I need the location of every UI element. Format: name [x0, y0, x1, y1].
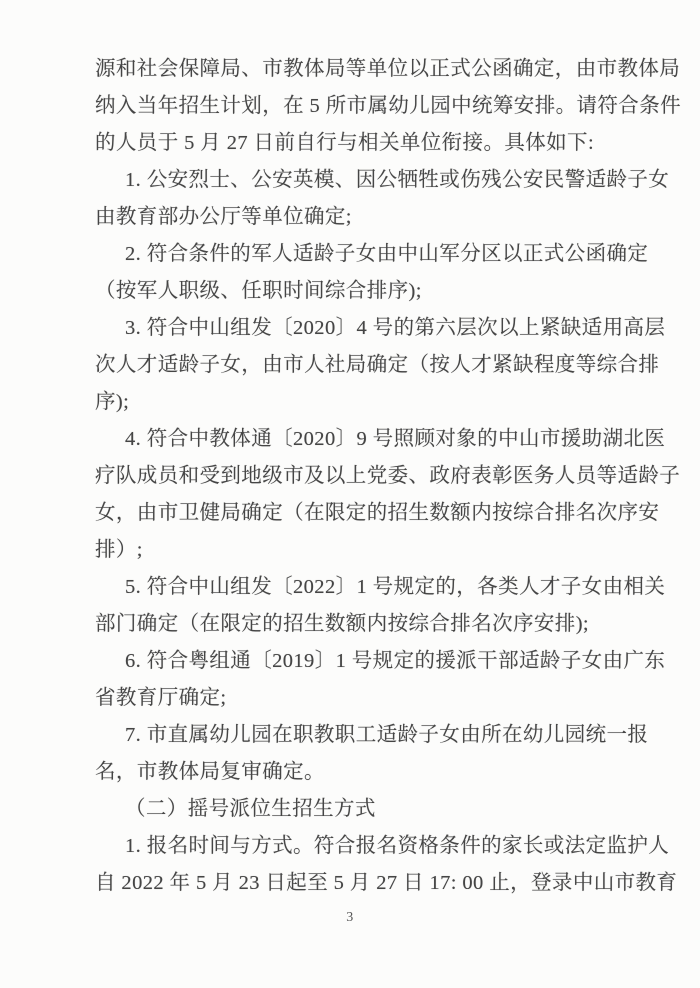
document-line: 6. 符合粤组通〔2019〕1 号规定的援派干部适龄子女由广东 — [95, 643, 630, 680]
document-line: 由教育部办公厅等单位确定; — [95, 199, 630, 236]
document-page: 源和社会保障局、市教体局等单位以正式公函确定，由市教体局纳入当年招生计划，在 5… — [0, 0, 700, 988]
document-line: 女，由市卫健局确定（在限定的招生数额内按综合排名次序安 — [95, 495, 630, 532]
document-line: 纳入当年招生计划，在 5 所市属幼儿园中统筹安排。请符合条件 — [95, 88, 630, 125]
document-line: 1. 报名时间与方式。符合报名资格条件的家长或法定监护人 — [95, 828, 630, 865]
document-line: 序); — [95, 384, 630, 421]
document-line: 省教育厅确定; — [95, 680, 630, 717]
document-line: 源和社会保障局、市教体局等单位以正式公函确定，由市教体局 — [95, 51, 630, 88]
document-line: 排）; — [95, 532, 630, 569]
document-line: 名，市教体局复审确定。 — [95, 754, 630, 791]
document-line: 疗队成员和受到地级市及以上党委、政府表彰医务人员等适龄子 — [95, 458, 630, 495]
document-line: 部门确定（在限定的招生数额内按综合排名次序安排); — [95, 606, 630, 643]
document-line: 次人才适龄子女，由市人社局确定（按人才紧缺程度等综合排 — [95, 347, 630, 384]
document-line: 7. 市直属幼儿园在职教职工适龄子女由所在幼儿园统一报 — [95, 717, 630, 754]
document-line: 自 2022 年 5 月 23 日起至 5 月 27 日 17: 00 止，登录… — [95, 865, 630, 902]
document-line: 3. 符合中山组发〔2020〕4 号的第六层次以上紧缺适用高层 — [95, 310, 630, 347]
page-number: 3 — [0, 910, 700, 926]
document-line: 5. 符合中山组发〔2022〕1 号规定的，各类人才子女由相关 — [95, 569, 630, 606]
document-line: （按军人职级、任职时间综合排序); — [95, 273, 630, 310]
document-line: 2. 符合条件的军人适龄子女由中山军分区以正式公函确定 — [95, 236, 630, 273]
document-line: 4. 符合中教体通〔2020〕9 号照顾对象的中山市援助湖北医 — [95, 421, 630, 458]
document-line: （二）摇号派位生招生方式 — [95, 791, 630, 828]
document-body: 源和社会保障局、市教体局等单位以正式公函确定，由市教体局纳入当年招生计划，在 5… — [95, 51, 630, 902]
document-line: 的人员于 5 月 27 日前自行与相关单位衔接。具体如下: — [95, 125, 630, 162]
document-line: 1. 公安烈士、公安英模、因公牺牲或伤残公安民警适龄子女 — [95, 162, 630, 199]
